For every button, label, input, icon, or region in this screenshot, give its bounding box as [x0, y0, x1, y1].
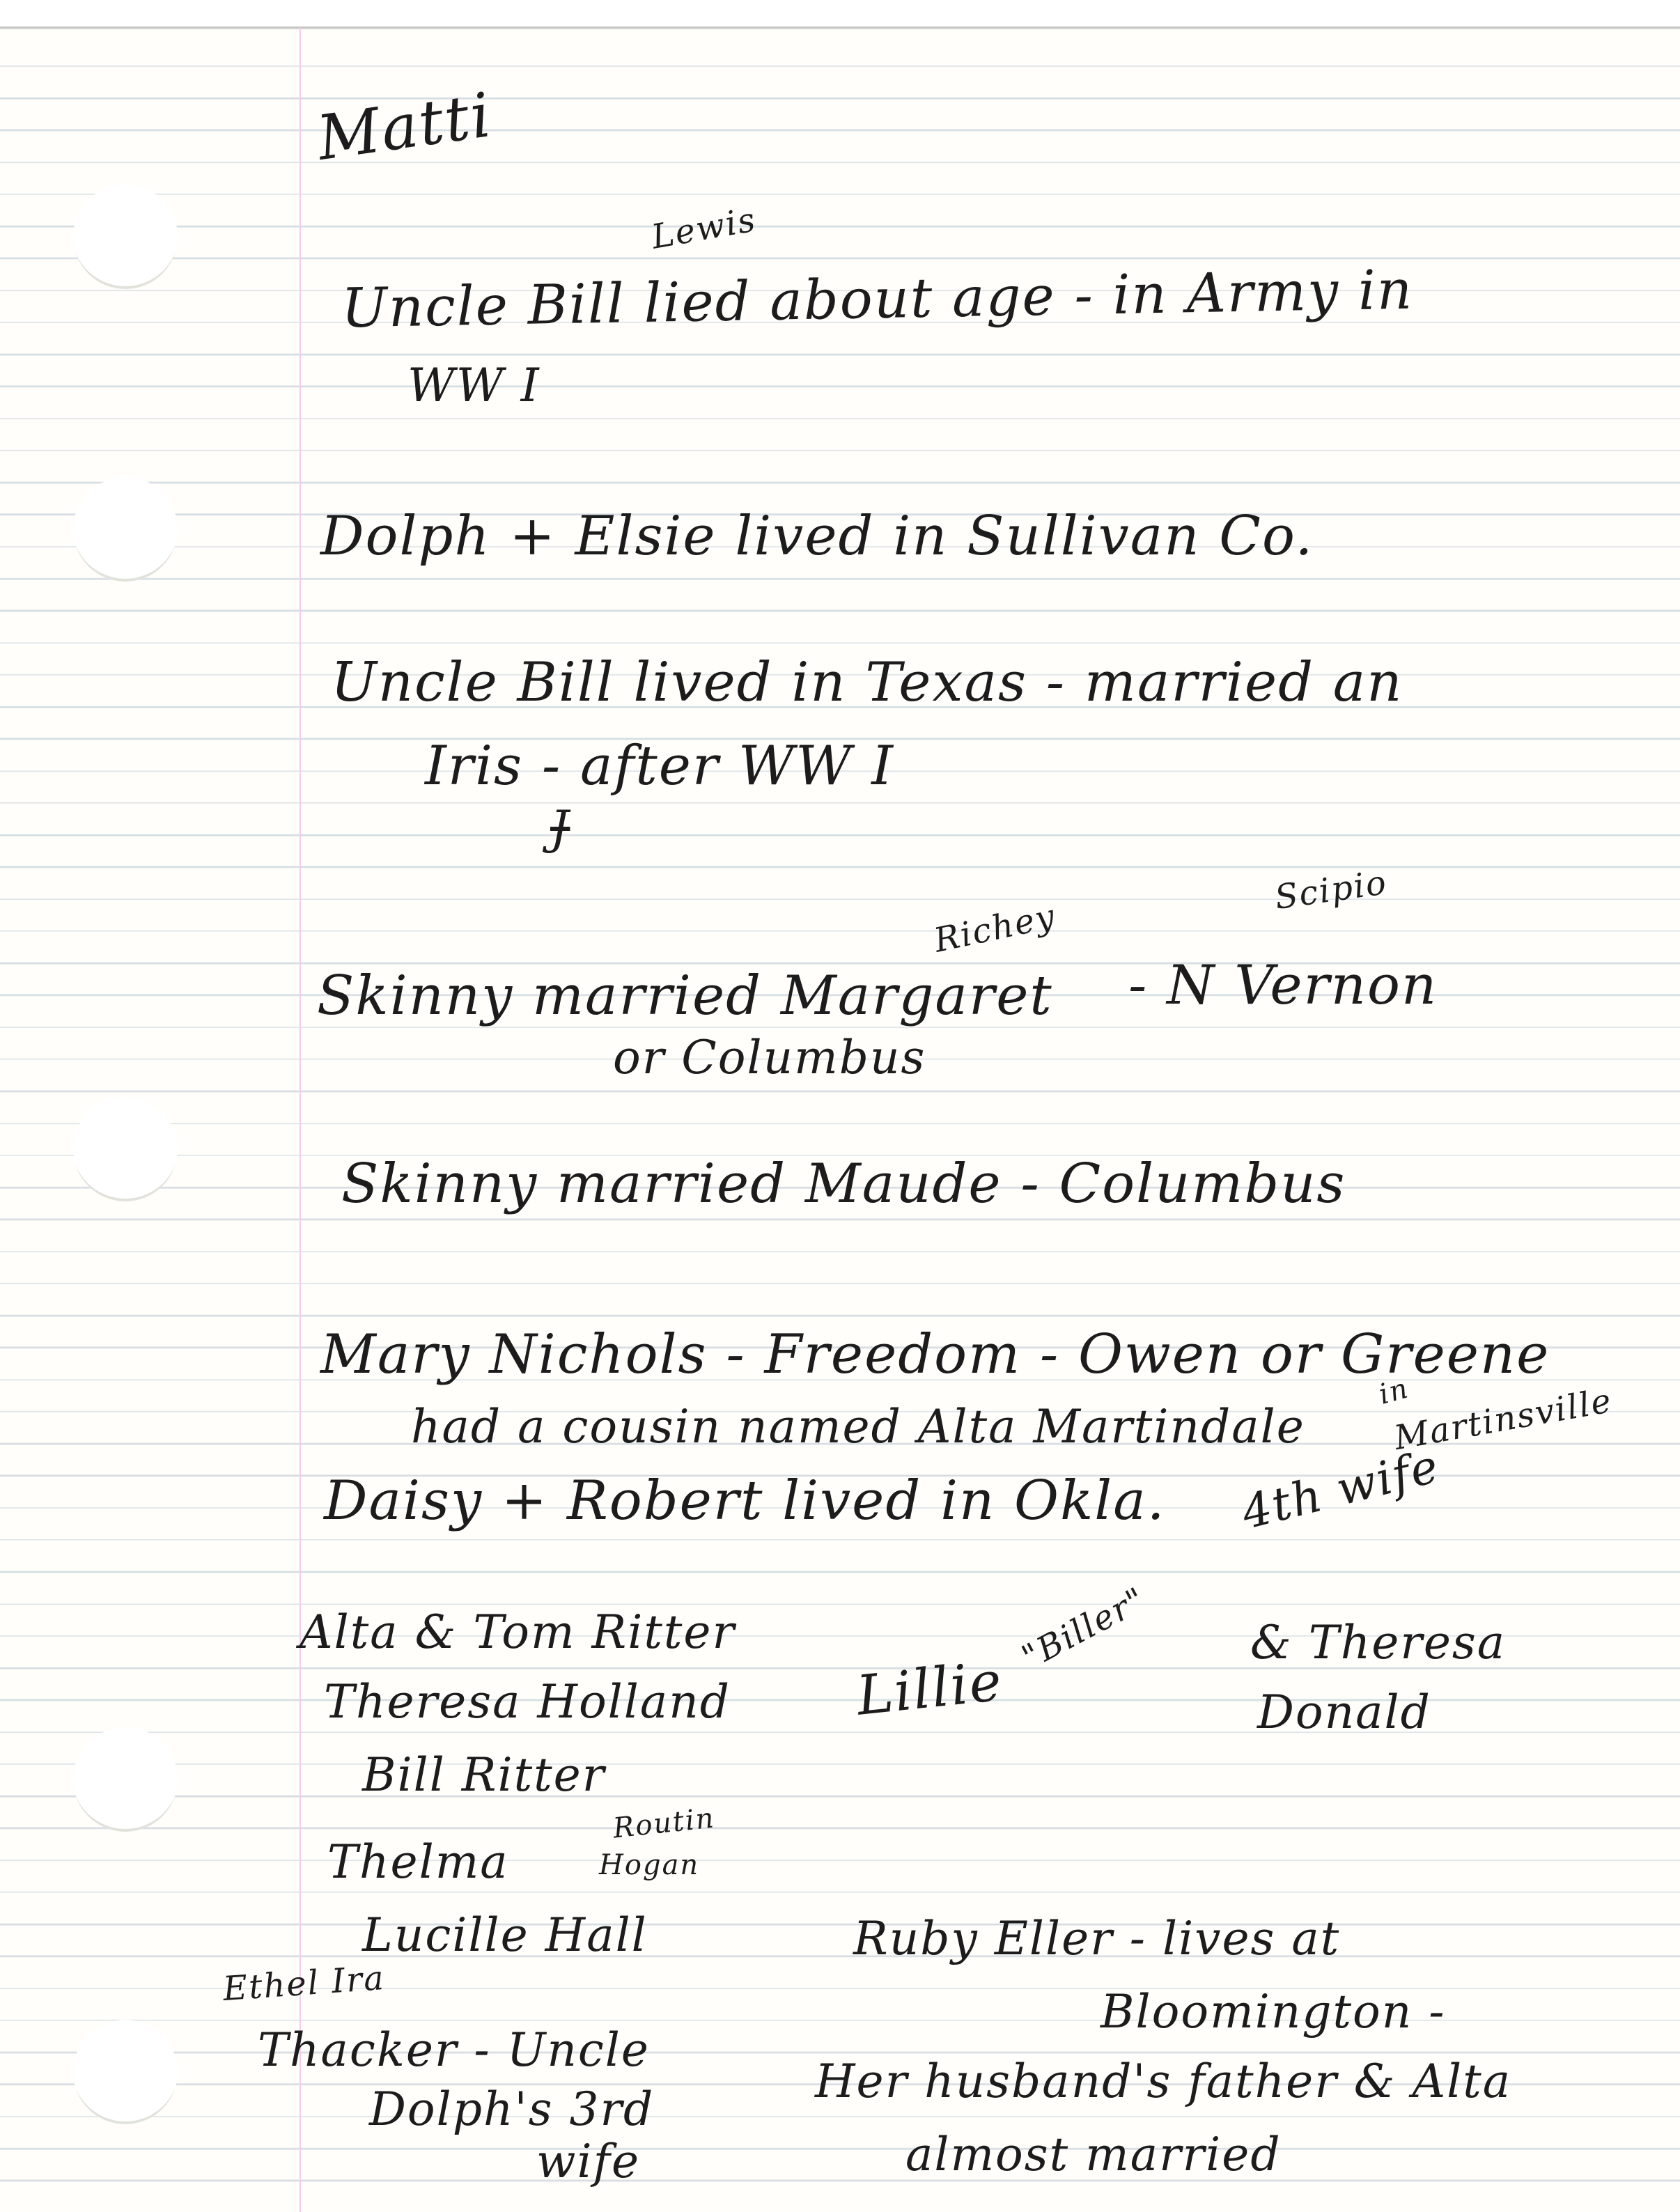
note-line: Iris - after WW I [425, 735, 894, 797]
margin-line [300, 28, 301, 2212]
note-line: Skinny married Margaret [317, 965, 1053, 1027]
binder-hole [73, 477, 178, 582]
note-line: Dolph's 3rd [369, 2082, 654, 2136]
binder-hole [73, 1727, 178, 1832]
note-line-end: - N Vernon [1128, 954, 1438, 1017]
note-line: Her husband's father & Alta [815, 2055, 1511, 2108]
note-line: WW I [407, 359, 540, 412]
name-entry: Donald [1257, 1685, 1431, 1739]
note-line: Ruby Eller - lives at [853, 1912, 1340, 1965]
name-entry: & Theresa [1250, 1616, 1506, 1669]
note-line: Mary Nichols - Freedom - Owen or Greene [320, 1323, 1550, 1386]
name-entry: Bill Ritter [362, 1748, 605, 1802]
binder-hole [73, 1097, 178, 1201]
lined-paper-page [0, 28, 1680, 2212]
note-line: Thacker - Uncle [258, 2023, 650, 2077]
name-entry: Thelma [327, 1835, 509, 1889]
name-entry: Alta & Tom Ritter [300, 1605, 736, 1659]
note-line: Bloomington - [1100, 1985, 1446, 2039]
paper-top-edge [0, 26, 1680, 29]
note-dolph-elsie: Dolph + Elsie lived in Sullivan Co. [320, 505, 1314, 568]
binder-hole [73, 185, 178, 289]
note-skinny-maude: Skinny married Maude - Columbus [341, 1153, 1346, 1215]
name-entry: Theresa Holland [324, 1675, 731, 1729]
note-line: or Columbus [613, 1031, 926, 1084]
note-line: had a cousin named Alta Martindale [411, 1400, 1305, 1454]
note-line: Uncle Bill lived in Texas - married an [331, 651, 1403, 714]
name-entry: Lucille Hall [362, 1908, 648, 1962]
binder-hole [73, 2020, 178, 2124]
insert-hogan: Hogan [599, 1849, 699, 1881]
note-line: almost married [905, 2128, 1282, 2181]
crossed-out-mark: J [550, 801, 570, 855]
note-line: Daisy + Robert lived in Okla. [324, 1470, 1166, 1532]
note-line: wife [536, 2135, 640, 2188]
